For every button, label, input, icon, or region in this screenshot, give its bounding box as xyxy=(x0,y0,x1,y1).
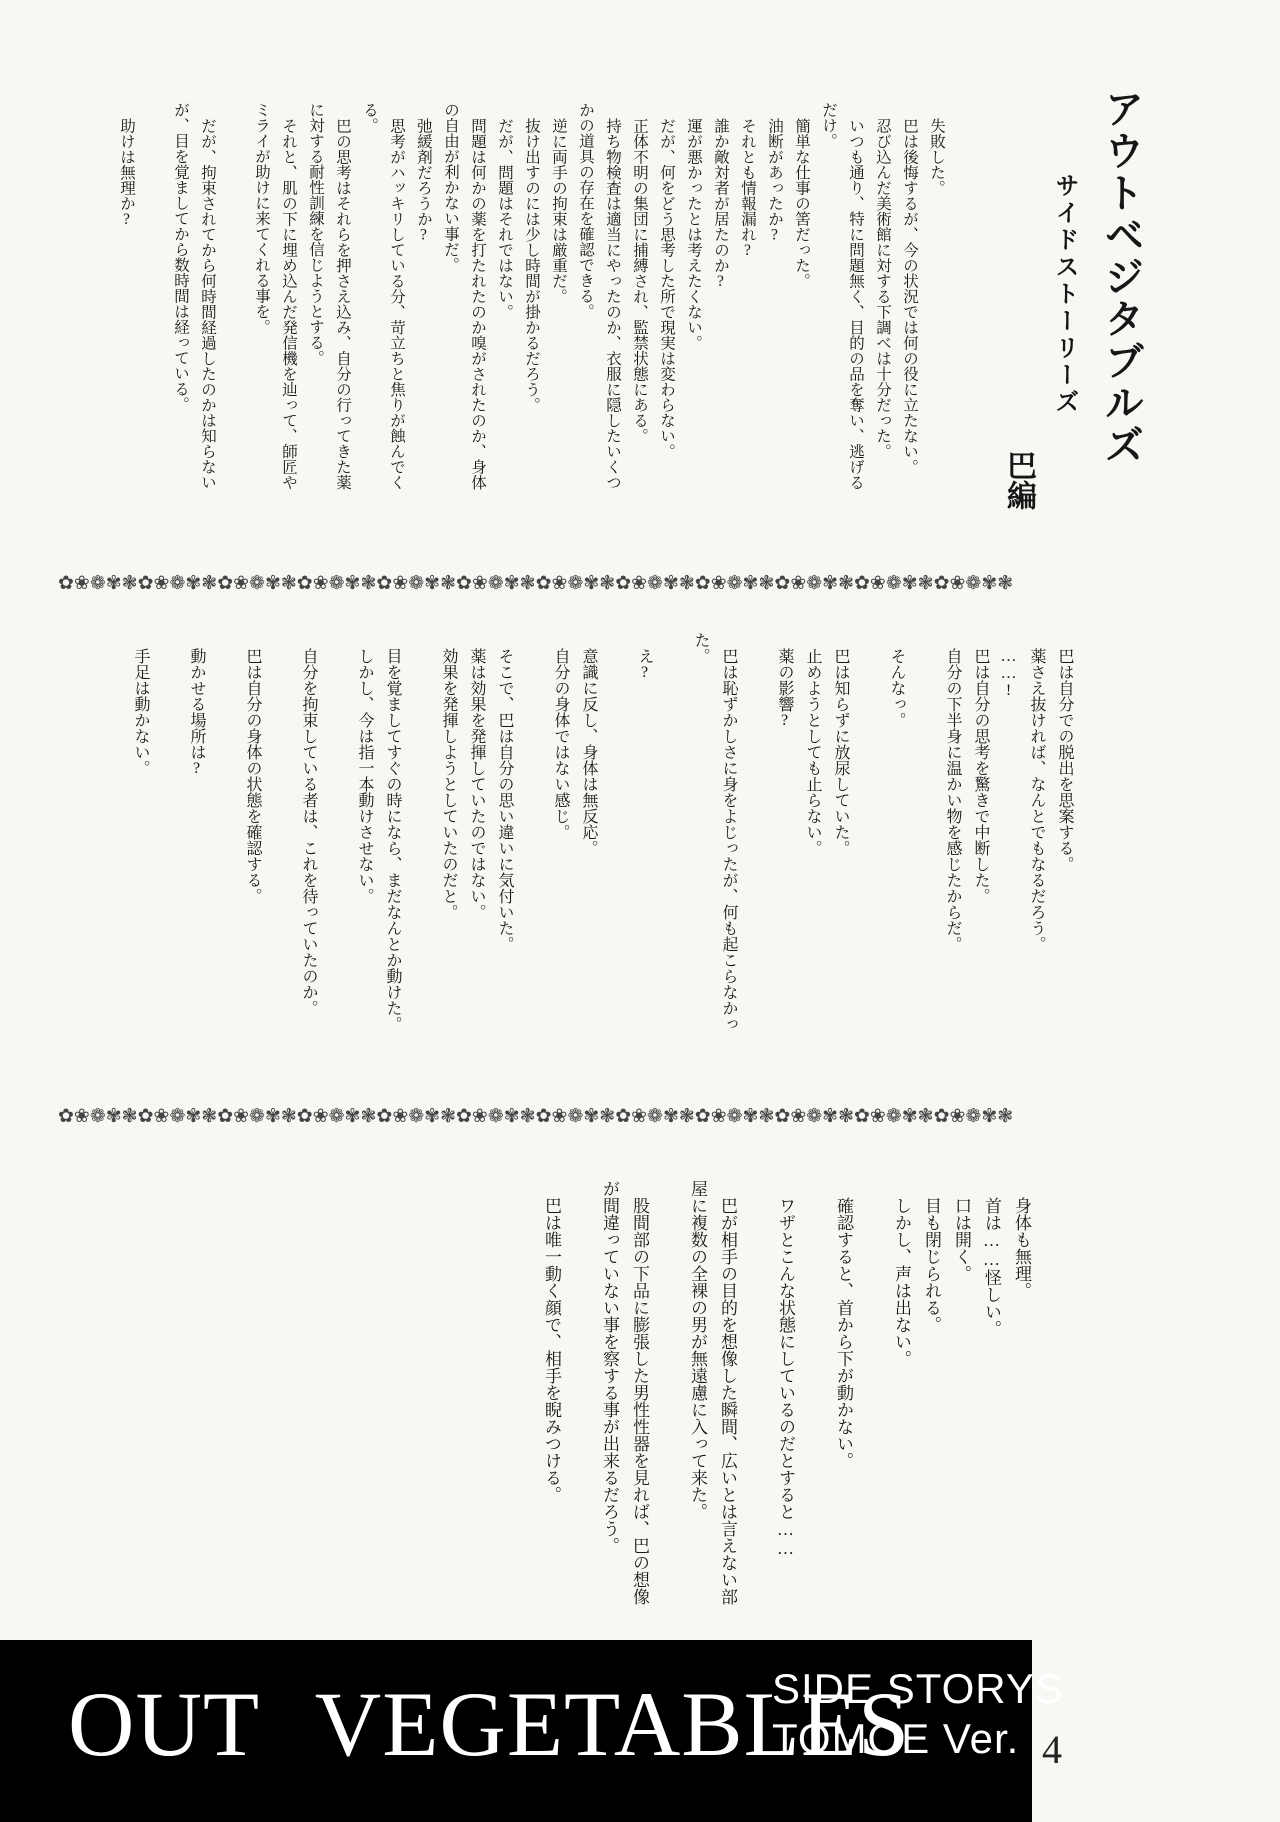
paragraph: 目も閉じられる。 xyxy=(916,1180,946,1610)
paragraph: 問題は何かの薬を打たれたのか嗅がされたのか、身体の自由が利かない事だ。 xyxy=(437,102,491,492)
paragraph-group: 巴は知らずに放尿していた。止めようとしても止らない。薬の影響? xyxy=(770,632,854,1032)
text-block-2: 巴は自分での脱出を思案する。薬さえ抜ければ、なんとでもなるだろう。……!巴は自分… xyxy=(126,632,1078,1032)
paragraph: 持ち物検査は適当にやったのか、衣服に隠したいくつかの道具の存在を確認できる。 xyxy=(572,102,626,492)
paragraph: だが、問題はそれではない。 xyxy=(491,102,518,492)
paragraph-group: 手足は動かない。 xyxy=(126,632,154,1032)
paragraph: 油断があったか? xyxy=(761,102,788,492)
paragraph: 巴は恥ずかしさに身をよじったが、何も起こらなかった。 xyxy=(686,632,742,1032)
page-edition-label: 巴編 xyxy=(996,450,1040,530)
paragraph: それとも情報漏れ? xyxy=(734,102,761,492)
paragraph: 正体不明の集団に捕縛され、監禁状態にある。 xyxy=(626,102,653,492)
paragraph-group: 動かせる場所は? xyxy=(182,632,210,1032)
paragraph: 助けは無理か? xyxy=(113,102,140,492)
paragraph-group: 巴は恥ずかしさに身をよじったが、何も起こらなかった。 xyxy=(686,632,742,1032)
doujinshi-page: { "title": { "main": "アウトベジタブルズ", "sub":… xyxy=(0,0,1280,1822)
paragraph: 股間部の下品に膨張した男性性器を見れば、巴の想像が間違っていない事を察する事が出… xyxy=(594,1180,654,1610)
paragraph: そこで、巴は自分の思い違いに気付いた。 xyxy=(490,632,518,1032)
paragraph: 巴は知らずに放尿していた。 xyxy=(826,632,854,1032)
paragraph: そんなっ。 xyxy=(882,632,910,1032)
page-number: 4 xyxy=(1042,1726,1062,1773)
paragraph: 目を覚ましてすぐの時になら、まだなんとか動けた。 xyxy=(378,632,406,1032)
paragraph-group: だが、拘束されてから何時間経過したのかは知らないが、目を覚ましてから数時間は経っ… xyxy=(167,102,221,492)
paragraph-group: 意識に反し、身体は無反応。自分の身体ではない感じ。 xyxy=(546,632,602,1032)
flower-ornament-divider: ✿❀❁✾❃✿❀❁✾❃✿❀❁✾❃✿❀❁✾❃✿❀❁✾❃✿❀❁✾❃✿❀❁✾❃✿❀❁✾❃… xyxy=(58,1102,1044,1130)
paragraph: 忍び込んだ美術館に対する下調べは十分だった。 xyxy=(869,102,896,492)
paragraph-group: 目を覚ましてすぐの時になら、まだなんとか動けた。しかし、今は指一本動けさせない。 xyxy=(350,632,406,1032)
paragraph: 薬は効果を発揮していたのではない。 xyxy=(462,632,490,1032)
paragraph-group: 助けは無理か? xyxy=(113,102,140,492)
paragraph: それと、肌の下に埋め込んだ発信機を辿って、師匠やミライが助けに来てくれる事を。 xyxy=(248,102,302,492)
paragraph: 自分の下半身に温かい物を感じたからだ。 xyxy=(938,632,966,1032)
paragraph-group: 確認すると、首から下が動かない。 xyxy=(828,1180,858,1610)
paragraph-group: そんなっ。 xyxy=(882,632,910,1032)
text-block-3: 身体も無理。首は……怪しい。口は開く。目も閉じられる。しかし、声は出ない。確認す… xyxy=(536,1180,1036,1610)
paragraph: 誰か敵対者が居たのか? xyxy=(707,102,734,492)
paragraph: 確認すると、首から下が動かない。 xyxy=(828,1180,858,1610)
footer-edition-label: SIDE STORYS TOMOE Ver. xyxy=(772,1664,1064,1764)
paragraph-group: え? xyxy=(630,632,658,1032)
paragraph: ワザとこんな状態にしているのだとすると…… xyxy=(770,1180,800,1610)
paragraph-group: 巴が相手の目的を想像した瞬間、広いとは言えない部屋に複数の全裸の男が無遠慮に入っ… xyxy=(682,1180,742,1610)
paragraph: 巴は自分の身体の状態を確認する。 xyxy=(238,632,266,1032)
paragraph: 自分を拘束している者は、これを待っていたのか。 xyxy=(294,632,322,1032)
paragraph: 巴は後悔するが、今の状況では何の役に立たない。 xyxy=(896,102,923,492)
paragraph: え? xyxy=(630,632,658,1032)
paragraph: 思考がハッキリしている分、苛立ちと焦りが蝕んでくる。 xyxy=(356,102,410,492)
paragraph: 自分の身体ではない感じ。 xyxy=(546,632,574,1032)
paragraph: 巴は唯一動く顔で、相手を睨みつける。 xyxy=(536,1180,566,1610)
paragraph: 逆に両手の拘束は厳重だ。 xyxy=(545,102,572,492)
paragraph: 口は開く。 xyxy=(946,1180,976,1610)
paragraph-group: 巴は自分での脱出を思案する。薬さえ抜ければ、なんとでもなるだろう。……!巴は自分… xyxy=(938,632,1078,1032)
page-title: アウトベジタブルズ xyxy=(1093,88,1150,488)
paragraph-group: 失敗した。巴は後悔するが、今の状況では何の役に立たない。忍び込んだ美術館に対する… xyxy=(248,102,950,492)
paragraph: 失敗した。 xyxy=(923,102,950,492)
paragraph: 薬の影響? xyxy=(770,632,798,1032)
paragraph-group: 巴は唯一動く顔で、相手を睨みつける。 xyxy=(536,1180,566,1610)
paragraph-group: 股間部の下品に膨張した男性性器を見れば、巴の想像が間違っていない事を察する事が出… xyxy=(594,1180,654,1610)
paragraph-group: ワザとこんな状態にしているのだとすると…… xyxy=(770,1180,800,1610)
paragraph: 止めようとしても止らない。 xyxy=(798,632,826,1032)
paragraph: 薬さえ抜ければ、なんとでもなるだろう。 xyxy=(1022,632,1050,1032)
paragraph: 手足は動かない。 xyxy=(126,632,154,1032)
paragraph: 抜け出すのには少し時間が掛かるだろう。 xyxy=(518,102,545,492)
paragraph: だが、拘束されてから何時間経過したのかは知らないが、目を覚ましてから数時間は経っ… xyxy=(167,102,221,492)
text-block-1: 失敗した。巴は後悔するが、今の状況では何の役に立たない。忍び込んだ美術館に対する… xyxy=(113,102,950,492)
paragraph: 効果を発揮しようとしていたのだと。 xyxy=(434,632,462,1032)
paragraph: いつも通り、特に問題無く、目的の品を奪い、逃げるだけ。 xyxy=(815,102,869,492)
footer-subtitle-line2: TOMOE Ver. xyxy=(772,1714,1064,1764)
page-subtitle: サイドストーリーズ xyxy=(1047,173,1082,453)
paragraph: ……! xyxy=(994,632,1022,1032)
paragraph-group: そこで、巴は自分の思い違いに気付いた。薬は効果を発揮していたのではない。効果を発… xyxy=(434,632,518,1032)
paragraph: 身体も無理。 xyxy=(1006,1180,1036,1610)
paragraph: 意識に反し、身体は無反応。 xyxy=(574,632,602,1032)
paragraph-group: 巴は自分の身体の状態を確認する。 xyxy=(238,632,266,1032)
paragraph: しかし、声は出ない。 xyxy=(886,1180,916,1610)
footer-banner: OUT VEGETABLES SIDE STORYS TOMOE Ver. xyxy=(0,1640,1032,1822)
paragraph: 巴の思考はそれらを押さえ込み、自分の行ってきた薬に対する耐性訓練を信じようとする… xyxy=(302,102,356,492)
paragraph: 簡単な仕事の筈だった。 xyxy=(788,102,815,492)
paragraph: 首は……怪しい。 xyxy=(976,1180,1006,1610)
paragraph: しかし、今は指一本動けさせない。 xyxy=(350,632,378,1032)
paragraph: だが、何をどう思考した所で現実は変わらない。 xyxy=(653,102,680,492)
paragraph: 弛緩剤だろうか? xyxy=(410,102,437,492)
paragraph: 巴が相手の目的を想像した瞬間、広いとは言えない部屋に複数の全裸の男が無遠慮に入っ… xyxy=(682,1180,742,1610)
flower-ornament-divider: ✿❀❁✾❃✿❀❁✾❃✿❀❁✾❃✿❀❁✾❃✿❀❁✾❃✿❀❁✾❃✿❀❁✾❃✿❀❁✾❃… xyxy=(58,569,1044,597)
paragraph-group: 自分を拘束している者は、これを待っていたのか。 xyxy=(294,632,322,1032)
paragraph: 運が悪かったとは考えたくない。 xyxy=(680,102,707,492)
paragraph: 巴は自分の思考を驚きで中断した。 xyxy=(966,632,994,1032)
paragraph: 巴は自分での脱出を思案する。 xyxy=(1050,632,1078,1032)
footer-subtitle-line1: SIDE STORYS xyxy=(772,1664,1064,1714)
paragraph: 動かせる場所は? xyxy=(182,632,210,1032)
paragraph-group: 身体も無理。首は……怪しい。口は開く。目も閉じられる。しかし、声は出ない。 xyxy=(886,1180,1036,1610)
